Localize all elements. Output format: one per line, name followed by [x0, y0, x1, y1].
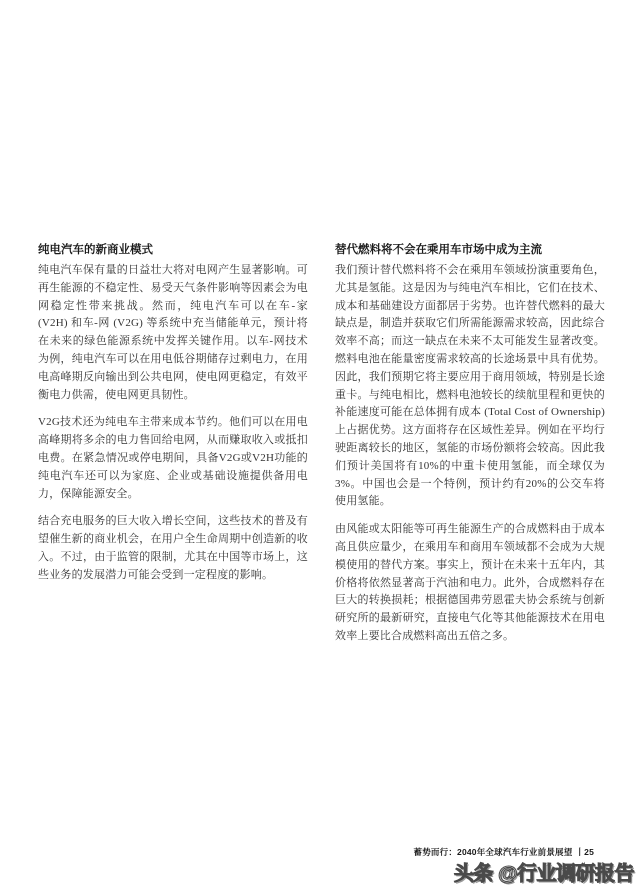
paragraph: V2G技术还为纯电车主带来成本节约。他们可以在用电高峰期将多余的电力售回给电网，… — [38, 414, 308, 503]
right-column: 替代燃料将不会在乘用车市场中成为主流 我们预计替代燃料将不会在乘用车领域扮演重要… — [335, 241, 605, 656]
paragraph: 由风能或太阳能等可再生能源生产的合成燃料由于成本高且供应量少，在乘用车和商用车领… — [335, 521, 605, 646]
two-column-layout: 纯电汽车的新商业模式 纯电汽车保有量的日益壮大将对电网产生显著影响。可再生能源的… — [38, 241, 605, 656]
paragraph: 纯电汽车保有量的日益壮大将对电网产生显著影响。可再生能源的不稳定性、易受天气条件… — [38, 262, 308, 404]
section-heading-ev-business-model: 纯电汽车的新商业模式 — [38, 241, 308, 259]
paragraph: 结合充电服务的巨大收入增长空间，这些技术的普及有望催生新的商业机会，在用户全生命… — [38, 513, 308, 584]
section-heading-alternative-fuels: 替代燃料将不会在乘用车市场中成为主流 — [335, 241, 605, 259]
footer-page-number: 丨25 — [575, 847, 594, 857]
toutiao-watermark: 头条 @行业调研报告 — [454, 857, 634, 886]
left-column: 纯电汽车的新商业模式 纯电汽车保有量的日益壮大将对电网产生显著影响。可再生能源的… — [38, 241, 308, 656]
paragraph: 我们预计替代燃料将不会在乘用车领域扮演重要角色，尤其是氢能。这是因为与纯电汽车相… — [335, 262, 605, 511]
footer-report-title: 蓄势而行：2040年全球汽车行业前景展望 — [414, 847, 573, 857]
document-page: 纯电汽车的新商业模式 纯电汽车保有量的日益壮大将对电网产生显著影响。可再生能源的… — [0, 0, 640, 893]
